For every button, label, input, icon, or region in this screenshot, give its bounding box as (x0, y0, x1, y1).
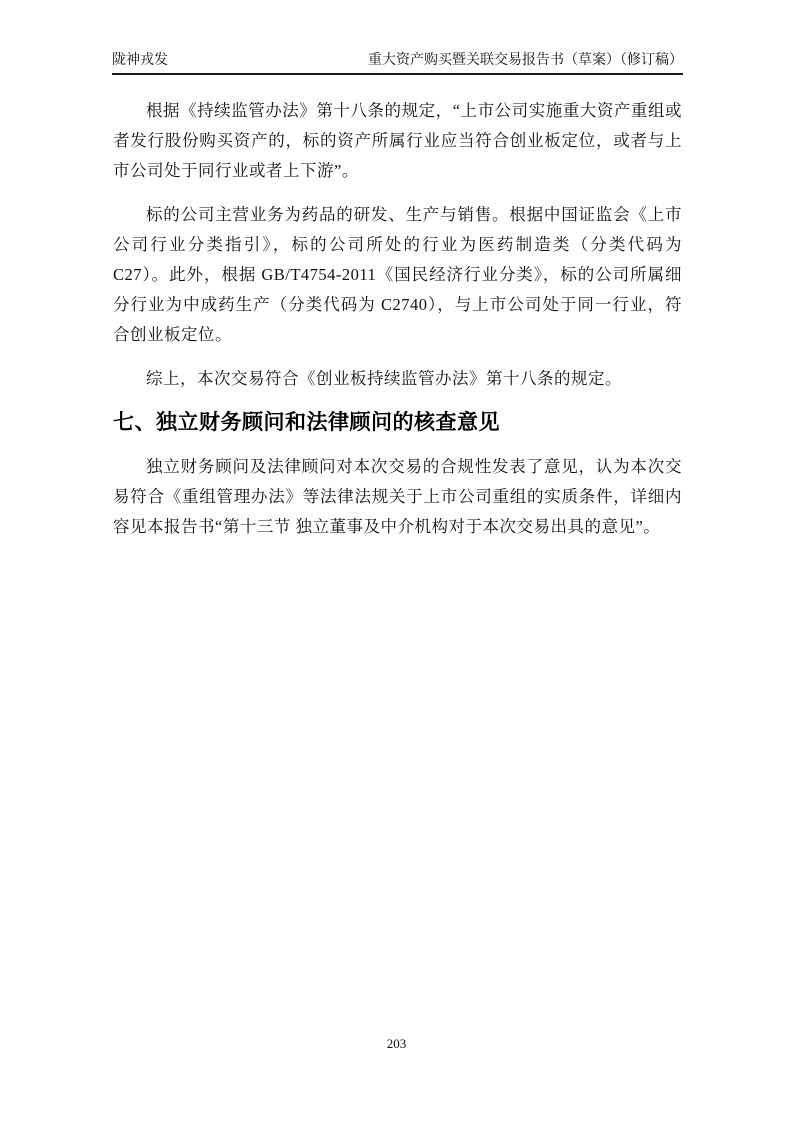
document-body: 根据《持续监管办法》第十八条的规定，“上市公司实施重大资产重组或者发行股份购买资… (113, 96, 682, 556)
body-paragraph: 根据《持续监管办法》第十八条的规定，“上市公司实施重大资产重组或者发行股份购买资… (113, 96, 682, 186)
header-left-title: 陇神戎发 (112, 52, 168, 70)
section-heading: 七、独立财务顾问和法律顾问的核查意见 (113, 408, 682, 438)
page-header: 陇神戎发 重大资产购买暨关联交易报告书（草案）（修订稿） (112, 52, 683, 75)
page-number: 203 (387, 1036, 407, 1051)
document-page: 陇神戎发 重大资产购买暨关联交易报告书（草案）（修订稿） 根据《持续监管办法》第… (0, 0, 793, 1122)
body-paragraph: 综上，本次交易符合《创业板持续监管办法》第十八条的规定。 (113, 364, 682, 394)
page-footer: 203 (0, 1036, 793, 1052)
body-paragraph: 标的公司主营业务为药品的研发、生产与销售。根据中国证监会《上市公司行业分类指引》… (113, 200, 682, 350)
header-right-title: 重大资产购买暨关联交易报告书（草案）（修订稿） (368, 52, 683, 70)
body-paragraph: 独立财务顾问及法律顾问对本次交易的合规性发表了意见，认为本次交易符合《重组管理办… (113, 452, 682, 542)
